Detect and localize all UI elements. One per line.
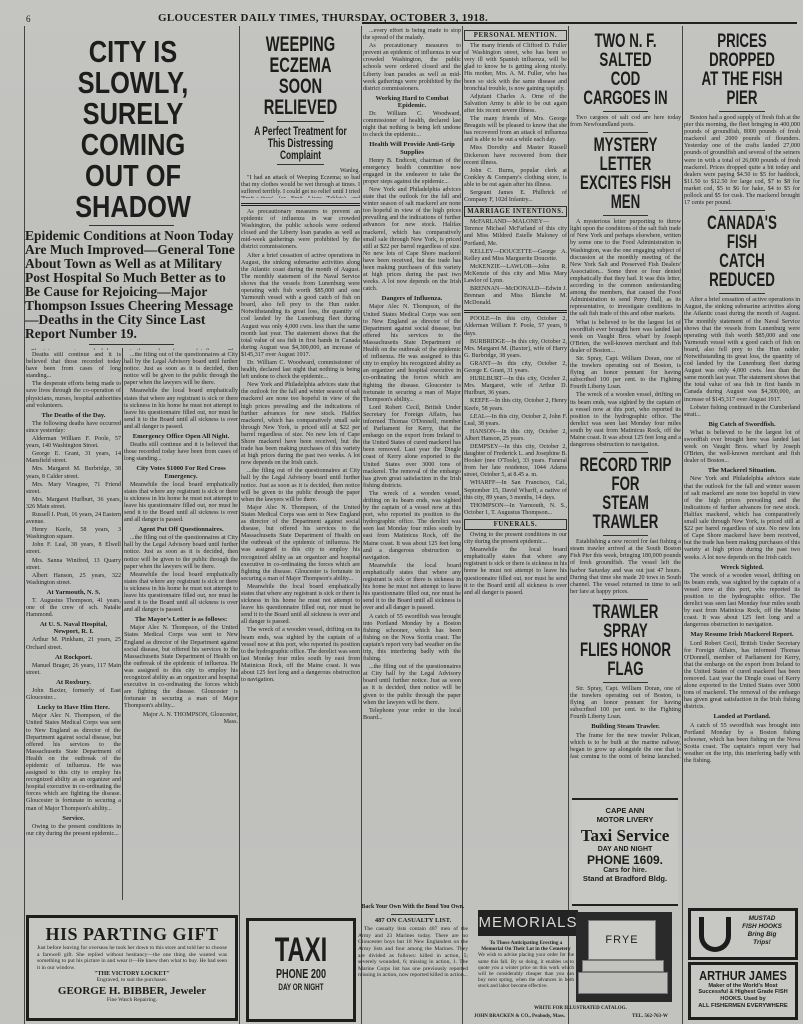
article-paragraph: Major Alec N. Thompson, of the United St… (363, 304, 461, 403)
ad-text: Cars for hire. (572, 867, 678, 874)
death-entry: Mrs. Margaret M. Burbridge, 38 years, 8 … (26, 466, 121, 480)
ad-body: We wish to advise placing your order for… (478, 952, 574, 989)
casualty-list: Back Your Own With the Bond You Own. 487… (358, 902, 468, 1022)
masthead-rule (362, 22, 797, 24)
ad-business-name: ARTHUR JAMES (699, 968, 787, 983)
death-entry: John F. Leal, 38 years, 8 Elwell street. (26, 542, 121, 556)
death-notice: BURBRIDGE—In this city, October 2, Mrs. … (464, 339, 567, 360)
bibber-jeweler-ad: HIS PARTING GIFT Just before leaving for… (26, 915, 238, 1021)
column-3: ...every effort is being made to stop th… (363, 28, 461, 900)
personal-item: The many friends of Mrs. George Breaguis… (464, 116, 567, 144)
ad-footer: ALL FISHERMEN EVERYWHERE (691, 1003, 795, 1009)
ad-headline: MEMORIALS (478, 910, 578, 936)
memorial-stone-name: FRYE (588, 920, 656, 960)
ad-subhead: To Those Anticipating Erecting a Memoria… (478, 940, 574, 952)
divider (603, 599, 647, 600)
section-subhead: Building Steam Trawler. (570, 723, 681, 730)
section-subhead: The Mayor's Letter is as follows: (124, 616, 238, 623)
article-paragraph: ...the filing out of the questionnaires … (124, 352, 238, 387)
canada-headline-line: CATCH REDUCED (690, 252, 794, 290)
lead-story-header: CITY IS SLOWLY, SURELY COMING OUT OF SHA… (25, 36, 238, 350)
fish-headline-line: RECORD TRIP FOR (575, 456, 675, 494)
divider (464, 310, 567, 313)
death-entry: Mrs. Mary Vinagree, 71 Friend street. (26, 482, 121, 496)
horseshoe-icon (699, 917, 731, 952)
article-paragraph: What is believed to be the largest lot o… (684, 430, 800, 465)
column-rule (239, 26, 240, 1024)
death-notice: LEAL—In this city, October 2, John F. Le… (464, 414, 567, 428)
divider (277, 121, 325, 122)
article-paragraph: New York and Philadelphia advices state … (241, 382, 360, 467)
eczema-headline: WEEPING ECZEMA SOON RELIEVED (249, 34, 352, 118)
article-paragraph: The desperate efforts being made to save… (26, 381, 121, 409)
lead-headline-line: CITY IS SLOWLY, (40, 36, 227, 98)
place-subhead: At Rockport. (26, 654, 121, 661)
section-subhead: Lucky to Have Him Here. (26, 704, 121, 711)
ad-body: Just before leaving for overseas he took… (29, 945, 235, 971)
section-subhead: Landed at Portland. (684, 713, 800, 720)
ad-catalog: WRITE FOR ILLUSTRATED CATALOG. (534, 1006, 627, 1011)
section-subhead: Health Will Provide Anti-Grip Supplies (363, 141, 461, 155)
place-subhead: At Roxbury. (26, 679, 121, 686)
eczema-subhead: A Perfect Treatment for This Distressing… (249, 125, 352, 161)
newspaper-page: 6 GLOUCESTER DAILY TIMES, THURSDAY, OCTO… (0, 0, 803, 1024)
place-subhead: At U. S. Naval Hospital, Newport, R. I. (26, 621, 121, 635)
fish-headline-line: FLIES HONOR FLAG (575, 641, 675, 679)
article-paragraph: Deaths still continue and it is believed… (26, 352, 121, 380)
article-paragraph: As precautionary measures to prevent an … (241, 209, 360, 252)
marriage-item: BRENNAN—McDONALD—Edwin J. Brennan and Mi… (464, 286, 567, 307)
article-paragraph: Dr. William C. Woodward, commissioner of… (363, 111, 461, 139)
section-subhead: Dangers of Influenza. (363, 295, 461, 302)
ad-headline: Taxi Service (572, 826, 678, 846)
article-paragraph: Lord Robert Cecil, British Under Secreta… (684, 641, 800, 712)
section-subhead: Agent Put Off Questionnaires. (124, 526, 238, 533)
article-paragraph: The frame for the new trawler Pelican, w… (570, 733, 681, 759)
eczema-headline-line: WEEPING ECZEMA (249, 34, 352, 76)
death-entry: T. Augustus Thompson, 41 years, one of t… (26, 598, 121, 619)
taxi-phone-200-ad: TAXI PHONE 200 DAY OR NIGHT (246, 918, 356, 1022)
fish-headline-line: TRAWLER SPRAY (575, 603, 675, 641)
article-paragraph: The wreck of a wooden vessel, drifting o… (570, 392, 681, 449)
ad-line: MUSTAD (733, 915, 791, 923)
marriage-item: McFARLAND—MALONEY—Terence Michael McFarl… (464, 219, 567, 247)
column-6: PRICES DROPPED AT THE FISH PIER Boston h… (684, 28, 800, 900)
ad-line: Bring Big (733, 931, 791, 939)
lead-headline-line: SURELY COMING (40, 98, 227, 160)
article-paragraph: Major Alec N. Thompson, of the United St… (241, 505, 360, 583)
article-paragraph: Dr. William C. Woodward, commissioner of… (241, 360, 360, 381)
fish-headline: TWO N. F. SALTED COD CARGOES IN (575, 32, 675, 108)
ad-hours: DAY AND NIGHT (572, 846, 678, 853)
marriage-list: McFARLAND—MALONEY—Terence Michael McFarl… (464, 219, 567, 307)
death-notice: GRANT—In this city, October 2, George E.… (464, 361, 567, 375)
ad-line: CAPE ANN (572, 806, 678, 815)
personal-item: The many friends of Clifford D. Fuller o… (464, 43, 567, 93)
fish-headline: MYSTERY LETTER EXCITES FISH MEN (575, 136, 675, 212)
death-entry: Alderman William F. Poole, 57 years, 140… (26, 436, 121, 450)
prices-headline-line: AT THE FISH PIER (690, 70, 794, 108)
deaths-list: Alderman William F. Poole, 57 years, 140… (26, 436, 121, 587)
divider (719, 210, 765, 211)
ad-phone: PHONE 1609. (572, 853, 678, 867)
section-subhead: The Deaths of the Day. (26, 412, 121, 419)
death-entry: John Baxter, formerly of East Gloucester… (26, 688, 121, 702)
article-paragraph: Deaths still continue and it is believed… (124, 442, 238, 463)
divider (603, 535, 647, 536)
ad-headline: TAXI (265, 933, 338, 967)
ad-line: FISH HOOKS (733, 923, 791, 931)
divider (603, 111, 647, 112)
article-paragraph: What is believed to be the largest lot o… (570, 320, 681, 355)
ad-text: Engraved, to suit the purchaser. (29, 977, 235, 983)
ad-lines: MUSTAD FISH HOOKS Bring Big Trips! (733, 915, 791, 947)
ad-line: MOTOR LIVERY (572, 815, 678, 824)
memorial-stone-panel: FRYE (576, 912, 672, 1002)
ad-company: JOHN BRACKEN & CO., Peabody, Mass. (474, 1014, 565, 1019)
personal-mention-list: The many friends of Clifford D. Fuller o… (464, 43, 567, 204)
article-paragraph: Major Alec N. Thompson, of the United St… (26, 713, 121, 812)
column-rule (682, 26, 683, 1024)
article-paragraph: New York and Philadelphia advices state … (363, 187, 461, 293)
death-notices: POOLE—In this city, October 2, Alderman … (464, 316, 567, 517)
article-paragraph: Boston had a good supply of fresh fish a… (684, 115, 800, 207)
article-paragraph: The following deaths have occurred since… (26, 421, 121, 435)
death-entry: Mrs. Margaret Hurlburt, 36 years, 326 Ma… (26, 497, 121, 511)
marriage-item: KELLEY—DOUCETTE—George A. Kelley and Mis… (464, 249, 567, 263)
column-rule (462, 26, 463, 1024)
prices-headline: PRICES DROPPED AT THE FISH PIER (690, 32, 794, 108)
personal-item: Miss Dorothy and Master Russell Dickerso… (464, 145, 567, 166)
ad-business-name: GEORGE H. BIBBER, Jeweler (29, 985, 235, 997)
section-subhead: Working Hard to Combat Epidemic. (363, 95, 461, 109)
lead-deck: Epidemic Conditions at Noon Today Are Mu… (25, 229, 238, 341)
section-subhead: Service. (26, 815, 121, 822)
death-notice: KEEFE—In this city, October 2, Henry Kee… (464, 398, 567, 412)
personal-item: Adjutant Charles A. Orne of the Salvatio… (464, 94, 567, 115)
article-paragraph: A catch of 55 swordfish was brought into… (363, 614, 461, 664)
article-paragraph: Major Alec N. Thompson, of the United St… (124, 625, 238, 710)
article-paragraph: Meanwhile the local board emphatically s… (124, 388, 238, 431)
death-notice: WHARFF—In San Francisco, Cal., September… (464, 480, 567, 501)
divider (89, 344, 174, 345)
lead-headline-line: OUT OF SHADOW (40, 160, 227, 222)
prices-headline-line: PRICES DROPPED (690, 32, 794, 70)
canada-headline: CANADA'S FISH CATCH REDUCED (690, 214, 794, 290)
ad-line: Trips! (733, 939, 791, 947)
stone-base (578, 972, 668, 994)
column-4: PERSONAL MENTION. The many friends of Cl… (464, 28, 567, 900)
personal-mention-heading: PERSONAL MENTION. (464, 30, 567, 41)
death-notice: HURLBURT—In this city, October 2, Mrs. M… (464, 376, 567, 397)
masthead: 6 GLOUCESTER DAILY TIMES, THURSDAY, OCTO… (0, 0, 803, 26)
divider (391, 914, 435, 915)
memorials-ad: MEMORIALS To Those Anticipating Erecting… (474, 906, 674, 1016)
eczema-ad: WEEPING ECZEMA SOON RELIEVED A Perfect T… (241, 28, 360, 198)
signature: Major A. N. THOMPSON, Gloucester, Mass. (124, 712, 238, 726)
fish-headline-line: EXCITES FISH MEN (575, 174, 675, 212)
death-notice: DEMPSEY—In this city, October 2, daughte… (464, 444, 567, 479)
article-paragraph: A catch of 55 swordfish was brought into… (684, 723, 800, 766)
article-paragraph: The wreck of a wooden vessel, drifting o… (684, 573, 800, 630)
article-paragraph: Telephone your order to the local Board.… (363, 708, 461, 722)
lead-headline: CITY IS SLOWLY, SURELY COMING OUT OF SHA… (40, 36, 227, 222)
marriage-intentions-heading: MARRIAGE INTENTIONS. (464, 206, 567, 217)
divider (241, 203, 360, 206)
death-entry: Mrs. Sanna Winifred, 13 Quarry street. (26, 558, 121, 572)
canada-headline-line: CANADA'S FISH (690, 214, 794, 252)
article-paragraph: Establishing a new record for fast fishi… (570, 539, 681, 596)
divider (603, 215, 647, 216)
article-paragraph: Lobster fishing continued in the Cumberl… (684, 405, 800, 419)
death-entry: Manuel Brager, 26 years, 117 Main street… (26, 663, 121, 677)
death-entry: George E. Grant, 31 years, 14 Mansfield … (26, 451, 121, 465)
section-subhead: City Votes $1000 For Red Cross Emergency… (124, 465, 238, 479)
column-rule (568, 26, 569, 1024)
divider (603, 452, 647, 453)
section-subhead: Emergency Office Open All Night. (124, 433, 238, 440)
article-paragraph: Henry B. Endicott, chairman of the emerg… (363, 158, 461, 186)
fish-headline: RECORD TRIP FOR STEAM TRAWLER (575, 456, 675, 532)
column-1: Deaths still continue and it is believed… (26, 352, 121, 900)
article-paragraph: ...the filing out of the questionnaires … (124, 535, 238, 570)
article-paragraph: ...the filing out of the questionnaires … (363, 664, 461, 707)
article-paragraph: A mysterious letter purporting to throw … (570, 219, 681, 318)
eczema-headline-line: SOON RELIEVED (249, 76, 352, 118)
place-subhead: At Yarmouth, N. S. (26, 589, 121, 596)
article-paragraph: Owing to the present conditions in our c… (464, 532, 567, 546)
divider (603, 132, 647, 133)
bond-line: Back Your Own With the Bond You Own. (358, 904, 468, 911)
article-paragraph: Str. Spray, Capt. William Doran, one of … (570, 686, 681, 721)
ad-headline: HIS PARTING GIFT (29, 924, 235, 945)
ad-phone: TEL. 562-763-W (632, 1014, 668, 1019)
divider (89, 225, 174, 226)
article-paragraph: New York and Philadelphia advices state … (684, 476, 800, 561)
article-paragraph: Str. Spray, Capt. William Doran, one of … (570, 356, 681, 391)
column-2: ...the filing out of the questionnaires … (124, 352, 238, 900)
article-paragraph: Owing to the present conditions in our c… (26, 824, 121, 838)
article-paragraph: Meanwhile the local board emphatically s… (124, 482, 238, 525)
divider (603, 682, 647, 683)
article-paragraph: Lord Robert Cecil, British Under Secreta… (363, 405, 461, 490)
article-paragraph: After a brief cessation of active operat… (684, 297, 800, 403)
death-notice: POOLE—In this city, October 2, Alderman … (464, 316, 567, 337)
article-paragraph: The wreck of a wooden vessel, drifting o… (241, 627, 360, 684)
stone-base (582, 960, 664, 972)
death-notice: THOMPSON—In Yarmouth, N. S., October 1, … (464, 503, 567, 517)
article-paragraph: Meanwhile the local board emphatically s… (241, 584, 360, 627)
personal-item: John C. Burns, popular clerk at Conkley … (464, 168, 567, 189)
article-paragraph: As precautionary measures to prevent an … (363, 43, 461, 93)
death-notice: HANSON—In this city, October 2, Albert H… (464, 429, 567, 443)
ad-body-block: To Those Anticipating Erecting a Memoria… (478, 940, 574, 990)
column-rule (122, 348, 123, 900)
fish-headline-line: STEAM TRAWLER (575, 494, 675, 532)
column-2b: As precautionary measures to prevent an … (241, 200, 360, 900)
article-paragraph: Meanwhile the local board emphatically s… (464, 547, 567, 597)
column-rule (361, 26, 362, 1024)
funerals-heading: FUNERALS. (464, 519, 567, 530)
divider (719, 111, 765, 112)
article-paragraph: After a brief cessation of active operat… (241, 253, 360, 359)
divider (719, 293, 765, 294)
column-5: TWO N. F. SALTED COD CARGOES IN Two carg… (570, 28, 681, 758)
page-number: 6 (26, 14, 31, 24)
mustad-fish-hooks-ad: MUSTAD FISH HOOKS Bring Big Trips! (688, 908, 798, 960)
article-paragraph: ...the filing out of the questionnaires … (241, 468, 360, 503)
death-entry: Henry Keefe, 58 years, 3 Washington squa… (26, 527, 121, 541)
arthur-james-ad: ARTHUR JAMES Maker of the World's Most S… (688, 962, 798, 1020)
death-entry: Albert Hanson, 25 years, 322 Washington … (26, 573, 121, 587)
fish-headline-line: MYSTERY LETTER (575, 136, 675, 174)
article-paragraph: The wreck of a wooden vessel, drifting o… (363, 491, 461, 562)
ad-tagline: Fine Watch Repairing. (29, 997, 235, 1003)
cape-ann-livery-ad: CAPE ANN MOTOR LIVERY Taxi Service DAY A… (572, 798, 678, 906)
death-entry: Arthur M. Pinkham, 21 years, 25 Orchard … (26, 637, 121, 651)
article-paragraph: Meanwhile the local board emphatically s… (363, 563, 461, 613)
section-subhead: The Mackerel Situation. (684, 467, 800, 474)
fish-headline: TRAWLER SPRAY FLIES HONOR FLAG (575, 603, 675, 679)
personal-item: Sergeant James E. Philbrick of Company F… (464, 190, 567, 204)
casualty-heading: 487 ON CASUALTY LIST. (358, 918, 468, 925)
divider (277, 164, 325, 165)
marriage-item: McKENZIE—LAWLOR—John R. McKenzie of this… (464, 264, 567, 285)
fish-headline-line: COD CARGOES IN (575, 70, 675, 108)
ad-hours: DAY OR NIGHT (265, 983, 338, 992)
article-paragraph: Two cargoes of salt cod are here today f… (570, 115, 681, 129)
article-paragraph: "I had an attack of Weeping Eczema; so b… (241, 175, 360, 198)
section-subhead: Wreck Sighted. (684, 564, 800, 571)
ad-address: Stand at Bradford Bldg. (572, 874, 678, 883)
section-subhead: May Resume Irish Mackerel Report. (684, 631, 800, 638)
ad-phone: PHONE 200 (265, 967, 338, 980)
ad-body: Maker of the World's Most Successful & H… (691, 983, 795, 1002)
article-paragraph: ...every effort is being made to stop th… (363, 28, 461, 42)
places-list: At Yarmouth, N. S.T. Augustus Thompson, … (26, 589, 121, 702)
lead-paragraph: Physicians report a marked decrease in t… (25, 348, 238, 350)
section-subhead: Big Catch of Swordfish. (684, 421, 800, 428)
death-entry: Russell I. Pratt, 16 years, 24 Eastern a… (26, 512, 121, 526)
fish-headline-line: TWO N. F. SALTED (575, 32, 675, 70)
article-paragraph: Meanwhile the local board emphatically s… (124, 572, 238, 615)
article-paragraph: The casualty lists contain 487 men of th… (358, 926, 468, 979)
